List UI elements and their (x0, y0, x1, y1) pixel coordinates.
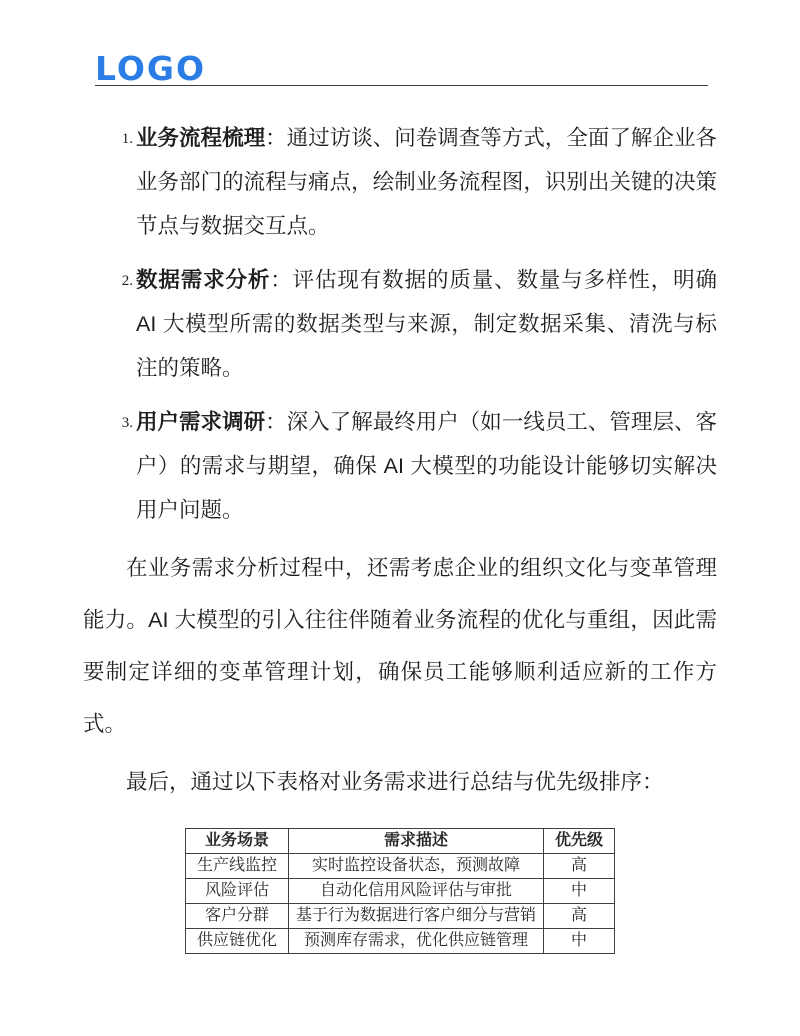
table-cell: 中 (544, 929, 615, 954)
table-cell: 自动化信用风险评估与审批 (289, 879, 544, 904)
document-page: LOGO 1.业务流程梳理：通过访谈、问卷调查等方式，全面了解企业各业务部门的流… (0, 0, 800, 1036)
table-cell: 客户分群 (186, 904, 289, 929)
table-cell: 供应链优化 (186, 929, 289, 954)
table-row: 风险评估 自动化信用风险评估与审批 中 (186, 879, 615, 904)
paragraph: 最后，通过以下表格对业务需求进行总结与优先级排序： (83, 756, 717, 808)
table-header-row: 业务场景 需求描述 优先级 (186, 829, 615, 854)
table-header-cell: 优先级 (544, 829, 615, 854)
table-row: 供应链优化 预测库存需求，优化供应链管理 中 (186, 929, 615, 954)
list-item-number: 2. (105, 258, 133, 304)
priority-table-container: 业务场景 需求描述 优先级 生产线监控 实时监控设备状态，预测故障 高 风险评估… (83, 828, 717, 954)
list-item-title: 业务流程梳理 (136, 126, 265, 150)
list-item-title: 用户需求调研 (136, 410, 265, 434)
table-cell: 高 (544, 854, 615, 879)
table-header-cell: 需求描述 (289, 829, 544, 854)
list-item: 2.数据需求分析：评估现有数据的质量、数量与多样性，明确 AI 大模型所需的数据… (83, 258, 717, 390)
priority-table: 业务场景 需求描述 优先级 生产线监控 实时监控设备状态，预测故障 高 风险评估… (185, 828, 615, 954)
list-item-number: 1. (105, 116, 133, 162)
table-cell: 风险评估 (186, 879, 289, 904)
table-row: 生产线监控 实时监控设备状态，预测故障 高 (186, 854, 615, 879)
requirements-list: 1.业务流程梳理：通过访谈、问卷调查等方式，全面了解企业各业务部门的流程与痛点，… (83, 116, 717, 532)
list-item-colon: ： (270, 268, 292, 292)
list-item-title: 数据需求分析 (136, 268, 270, 292)
table-cell: 生产线监控 (186, 854, 289, 879)
table-cell: 高 (544, 904, 615, 929)
document-body: 1.业务流程梳理：通过访谈、问卷调查等方式，全面了解企业各业务部门的流程与痛点，… (83, 116, 717, 954)
table-cell: 实时监控设备状态，预测故障 (289, 854, 544, 879)
list-item-colon: ： (265, 410, 287, 434)
table-cell: 预测库存需求，优化供应链管理 (289, 929, 544, 954)
list-item: 1.业务流程梳理：通过访谈、问卷调查等方式，全面了解企业各业务部门的流程与痛点，… (83, 116, 717, 248)
list-item-number: 3. (105, 400, 133, 446)
page-header: LOGO (95, 0, 708, 86)
table-row: 客户分群 基于行为数据进行客户细分与营销 高 (186, 904, 615, 929)
table-cell: 中 (544, 879, 615, 904)
paragraph: 在业务需求分析过程中，还需考虑企业的组织文化与变革管理能力。AI 大模型的引入往… (83, 542, 717, 750)
table-header-cell: 业务场景 (186, 829, 289, 854)
list-item: 3.用户需求调研：深入了解最终用户（如一线员工、管理层、客户）的需求与期望，确保… (83, 400, 717, 532)
list-item-colon: ： (265, 126, 287, 150)
logo: LOGO (95, 52, 206, 85)
table-cell: 基于行为数据进行客户细分与营销 (289, 904, 544, 929)
